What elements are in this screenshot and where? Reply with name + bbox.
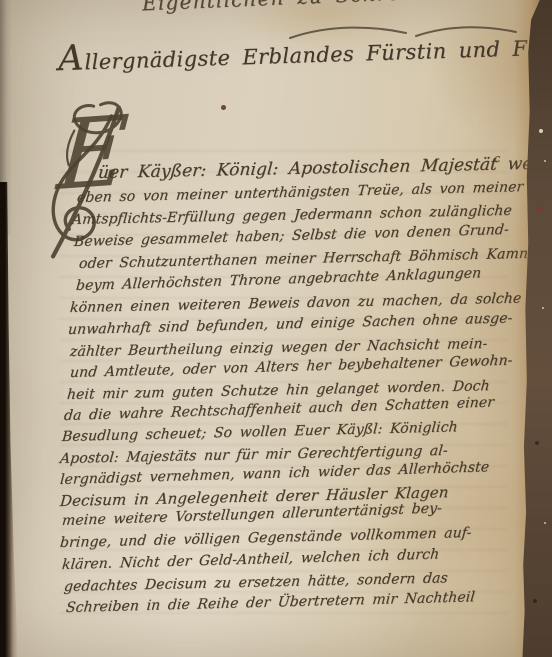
heading-cropped: Eigentlichen zu Schreiben xyxy=(142,0,450,15)
desk-specks xyxy=(546,52,548,54)
ink-blot xyxy=(221,105,226,110)
binding-shadow xyxy=(0,182,18,657)
margin-mark: c xyxy=(493,152,500,166)
manuscript-photo: Eigentlichen zu Schreiben Allergnädigste… xyxy=(0,0,552,657)
salutation-flourish xyxy=(288,22,520,44)
